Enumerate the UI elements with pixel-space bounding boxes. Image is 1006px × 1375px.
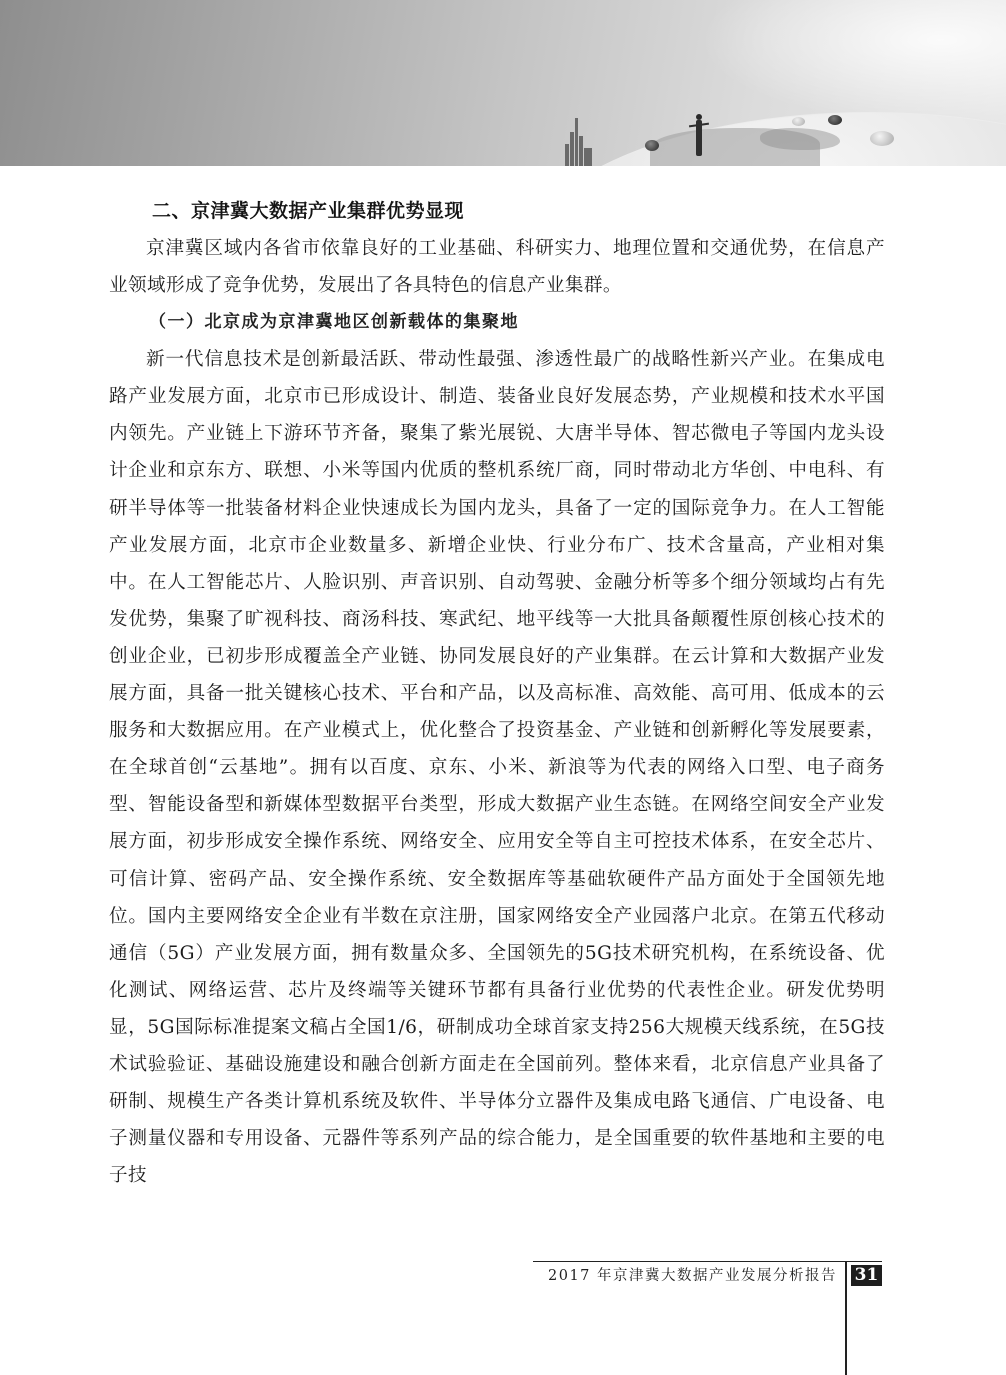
intro-paragraph: 京津冀区域内各省市依靠良好的工业基础、科研实力、地理位置和交通优势，在信息产业领… <box>109 230 885 304</box>
footer-divider <box>533 1261 882 1262</box>
page-number: 31 <box>851 1265 882 1286</box>
orb-decoration <box>870 131 894 146</box>
city-skyline-illustration <box>563 114 593 166</box>
orb-decoration <box>792 117 805 126</box>
header-banner-image <box>0 0 1006 166</box>
subsection-heading: （一）北京成为京津冀地区创新载体的集聚地 <box>109 304 885 341</box>
orb-decoration <box>828 115 842 125</box>
footer-vertical-rule <box>845 1261 847 1375</box>
running-footer-title: 2017 年京津冀大数据产业发展分析报告 <box>548 1266 838 1286</box>
section-heading: 二、京津冀大数据产业集群优势显现 <box>109 196 885 226</box>
orb-decoration <box>645 140 659 151</box>
businessman-silhouette <box>694 114 704 158</box>
body-paragraph: 新一代信息技术是创新最活跃、带动性最强、渗透性最广的战略性新兴产业。在集成电路产… <box>109 341 885 1194</box>
page-body: 二、京津冀大数据产业集群优势显现 京津冀区域内各省市依靠良好的工业基础、科研实力… <box>109 196 885 1194</box>
